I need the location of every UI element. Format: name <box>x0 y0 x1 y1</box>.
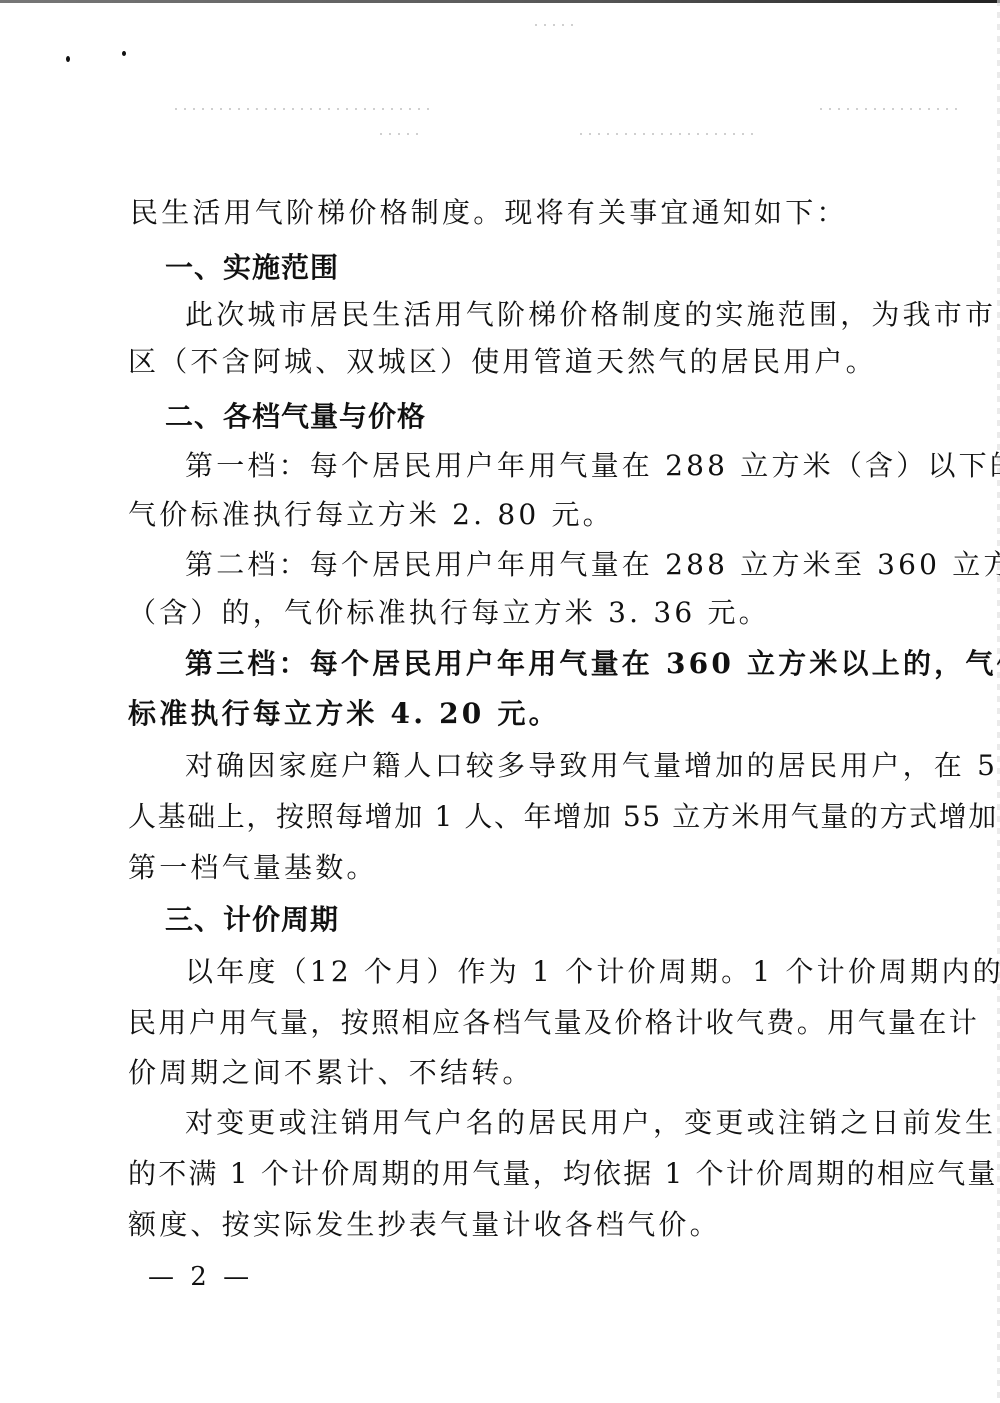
tier-3-line: 第三档：每个居民用户年用气量在 360 立方米以上的，气价 <box>185 647 1000 681</box>
section-heading-billing-cycle: 三、计价周期 <box>165 903 339 937</box>
document-page: 民生活用气阶梯价格制度。现将有关事宜通知如下： 一、实施范围 此次城市居民生活用… <box>0 0 1000 1403</box>
paragraph-line: 此次城市居民生活用气阶梯价格制度的实施范围，为我市市 <box>185 298 996 332</box>
paragraph-line: 民用户用气量，按照相应各档气量及价格计收气费。用气量在计 <box>128 1006 979 1040</box>
paragraph-line: 对确因家庭户籍人口较多导致用气量增加的居民用户，在 5 <box>185 749 998 783</box>
tier-2-price-line: （含）的，气价标准执行每立方米 3. 36 元。 <box>128 596 770 630</box>
paragraph-line: 人基础上，按照每增加 1 人、年增加 55 立方米用气量的方式增加 <box>128 800 998 834</box>
paragraph-line: 第一档气量基数。 <box>128 851 378 885</box>
paragraph-line: 以年度（12 个月）作为 1 个计价周期。1 个计价周期内的居 <box>185 955 1000 989</box>
paragraph-line: 额度、按实际发生抄表气量计收各档气价。 <box>128 1208 721 1242</box>
paragraph-line: 区（不含阿城、双城区）使用管道天然气的居民用户。 <box>128 345 877 379</box>
intro-line: 民生活用气阶梯价格制度。现将有关事宜通知如下： <box>130 196 848 230</box>
paragraph-line: 价周期之间不累计、不结转。 <box>128 1056 534 1090</box>
section-heading-scope: 一、实施范围 <box>165 251 339 285</box>
tier-2-line: 第二档：每个居民用户年用气量在 288 立方米至 360 立方米 <box>185 548 1000 582</box>
paragraph-line: 的不满 1 个计价周期的用气量，均依据 1 个计价周期的相应气量 <box>128 1157 998 1191</box>
tier-1-line: 第一档：每个居民用户年用气量在 288 立方米（含）以下的， <box>185 449 1000 483</box>
paragraph-line: 对变更或注销用气户名的居民用户，变更或注销之日前发生 <box>185 1106 996 1140</box>
tier-3-price-line: 标准执行每立方米 4. 20 元。 <box>128 697 560 731</box>
tier-1-price-line: 气价标准执行每立方米 2. 80 元。 <box>128 498 614 532</box>
page-number: — 2 — <box>148 1262 253 1292</box>
section-heading-tiers: 二、各档气量与价格 <box>165 400 426 434</box>
